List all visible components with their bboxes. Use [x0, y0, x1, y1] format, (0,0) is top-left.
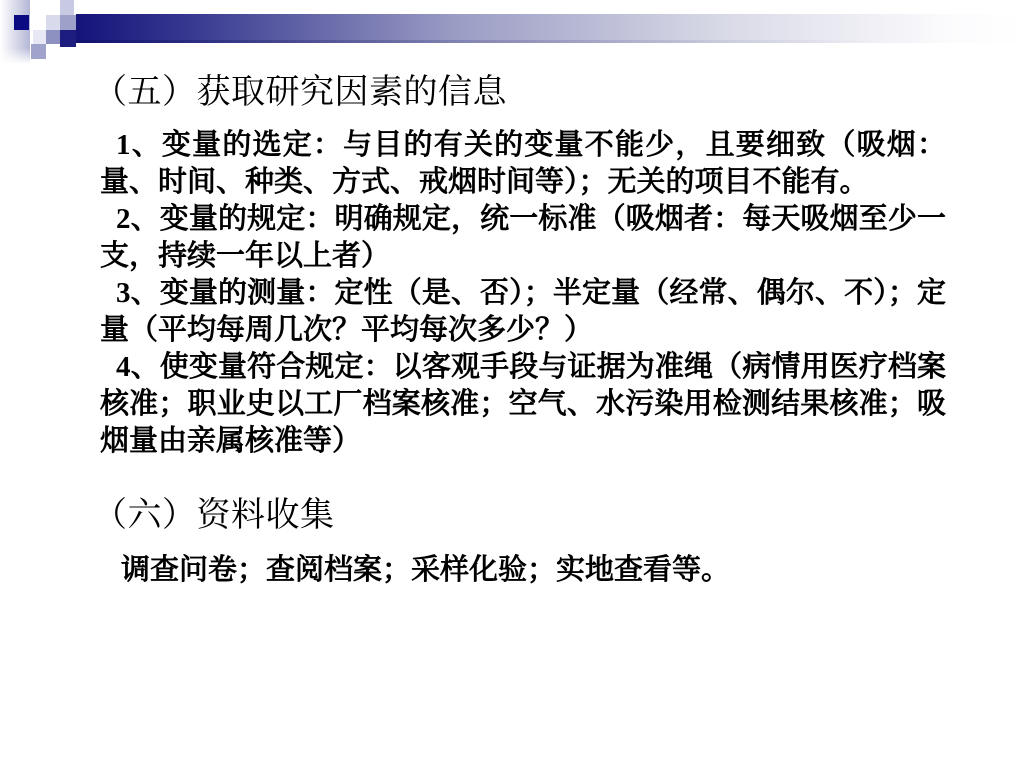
decor-square-lavender-top	[60, 0, 74, 15]
decor-left-gradient-band	[0, 0, 30, 64]
section-6-title: （六）资料收集	[93, 496, 335, 535]
decor-square-navy-2	[60, 30, 76, 47]
section-5-item-2: 2、变量的规定：明确规定，统一标准（吸烟者：每天吸烟至少一支，持续一年以上者）	[100, 201, 946, 275]
decor-square-medium-2	[46, 30, 60, 44]
section-5-item-1: 1、变量的选定：与目的有关的变量不能少，且要细致（吸烟：量、时间、种类、方式、戒…	[100, 127, 946, 201]
decor-square-light-1	[46, 15, 60, 30]
decor-square-medium-1	[60, 15, 76, 30]
section-6-item-1: 调查问卷；查阅档案；采样化验；实地查看等。	[100, 552, 946, 589]
slide-canvas: （五）获取研究因素的信息 1、变量的选定：与目的有关的变量不能少，且要细致（吸烟…	[0, 0, 1024, 768]
decor-square-medium-3	[31, 44, 46, 59]
decor-square-navy	[14, 15, 29, 30]
section-5-item-3: 3、变量的测量：定性（是、否）；半定量（经常、偶尔、不）；定量（平均每周几次？平…	[100, 275, 946, 349]
section-5-item-4: 4、使变量符合规定：以客观手段与证据为准绳（病情用医疗档案核准；职业史以工厂档案…	[100, 349, 946, 460]
section-5-title: （五）获取研究因素的信息	[93, 73, 507, 112]
decor-square-light-2	[33, 30, 46, 44]
decor-title-bar	[76, 14, 1024, 43]
